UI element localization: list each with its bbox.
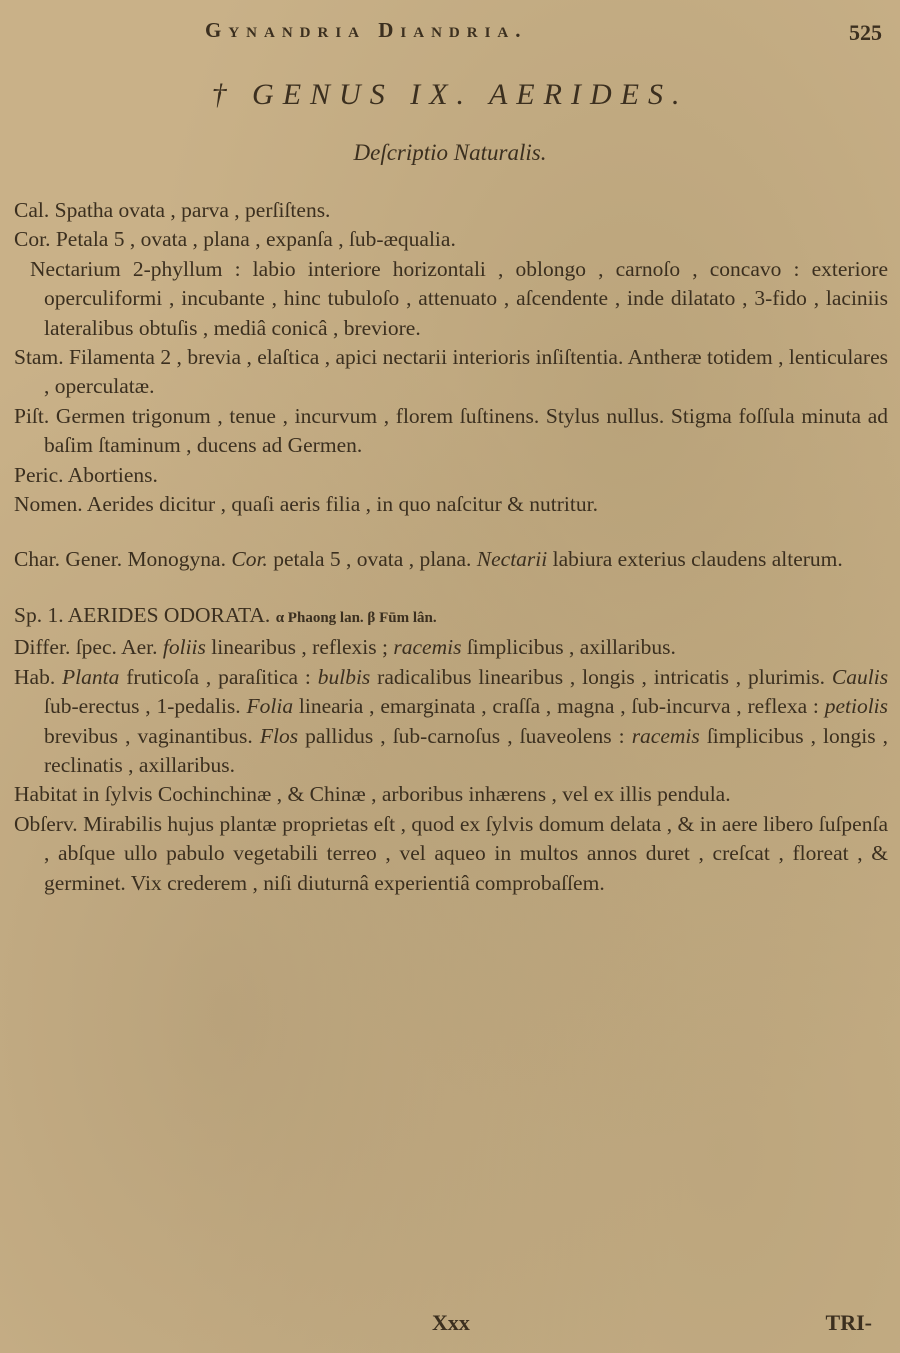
hab-lead: Hab. [14, 665, 55, 689]
running-head: Gynandria Diandria. 525 [0, 14, 900, 50]
entry-habitat: Habitat in ſylvis Cochinchinæ , & Chinæ … [14, 780, 888, 809]
entry-habitus: Hab. Planta fruticoſa , paraſitica : bul… [14, 663, 888, 781]
species-vernacular: α Phaong lan. β Fūm lân. [276, 610, 437, 626]
entry-pistil: Piſt. Germen trigonum , tenue , incurvum… [14, 402, 888, 461]
hab-italic-2: bulbis [318, 665, 371, 689]
hab-text-5: brevibus , vaginantibus. [44, 724, 253, 748]
entry-stamens: Stam. Filamenta 2 , brevia , elaſtica , … [14, 343, 888, 402]
differ-italic-1: foliis [163, 635, 206, 659]
differ-italic-2: racemis [393, 635, 461, 659]
hab-text-1: fruticoſa , paraſitica : [126, 665, 311, 689]
species-name: Sp. 1. AERIDES ODORATA. [14, 603, 270, 627]
entry-nectarium: Nectarium 2-phyllum : labio interiore ho… [14, 255, 888, 343]
char-cor-label: Cor. [231, 547, 267, 571]
page-number: 525 [849, 20, 882, 46]
hab-italic-4: Folia [246, 694, 293, 718]
char-cor-text: petala 5 , ovata , plana. [273, 547, 471, 571]
hab-text-6: pallidus , ſub-carnoſus , ſuaveolens : [305, 724, 624, 748]
hab-text-2: radicalibus linearibus , longis , intric… [377, 665, 825, 689]
differ-lead: Differ. ſpec. Aer. [14, 635, 158, 659]
signature-mark: Xxx [432, 1310, 470, 1336]
entry-observation: Obſerv. Mirabilis hujus plantæ proprieta… [14, 810, 888, 898]
book-page: Gynandria Diandria. 525 † GENUS IX. AERI… [0, 0, 900, 1353]
hab-italic-3: Caulis [832, 665, 888, 689]
body-text: Cal. Spatha ovata , parva , perſiſtens. … [14, 196, 888, 898]
description-heading: Deſcriptio Naturalis. [0, 140, 900, 166]
species-heading: Sp. 1. AERIDES ODORATA. α Phaong lan. β … [14, 601, 888, 633]
differ-text-1: linearibus , reflexis ; [211, 635, 388, 659]
differ-text-2: ſimplicibus , axillaribus. [467, 635, 676, 659]
char-lead: Char. Gener. Monogyna. [14, 547, 226, 571]
catchword: TRI- [826, 1310, 872, 1336]
hab-italic-7: racemis [632, 724, 700, 748]
hab-italic-5: petiolis [825, 694, 888, 718]
char-nect-label: Nectarii [477, 547, 547, 571]
entry-generic-character: Char. Gener. Monogyna. Cor. petala 5 , o… [14, 545, 888, 574]
entry-differentia: Differ. ſpec. Aer. foliis linearibus , r… [14, 633, 888, 662]
char-nect-text: labiura exterius claudens alterum. [553, 547, 843, 571]
hab-italic-1: Planta [62, 665, 119, 689]
entry-corolla: Cor. Petala 5 , ovata , plana , expanſa … [14, 225, 888, 254]
entry-nomen: Nomen. Aerides dicitur , quaſi aeris fil… [14, 490, 888, 519]
entry-pericarp: Peric. Abortiens. [14, 461, 888, 490]
hab-italic-6: Flos [260, 724, 298, 748]
entry-calyx: Cal. Spatha ovata , parva , perſiſtens. [14, 196, 888, 225]
genus-title: † GENUS IX. AERIDES. [0, 78, 900, 112]
hab-text-4: linearia , emarginata , craſſa , magna ,… [299, 694, 819, 718]
hab-text-3: ſub-erectus , 1-pedalis. [44, 694, 241, 718]
running-head-title: Gynandria Diandria. [205, 18, 528, 43]
